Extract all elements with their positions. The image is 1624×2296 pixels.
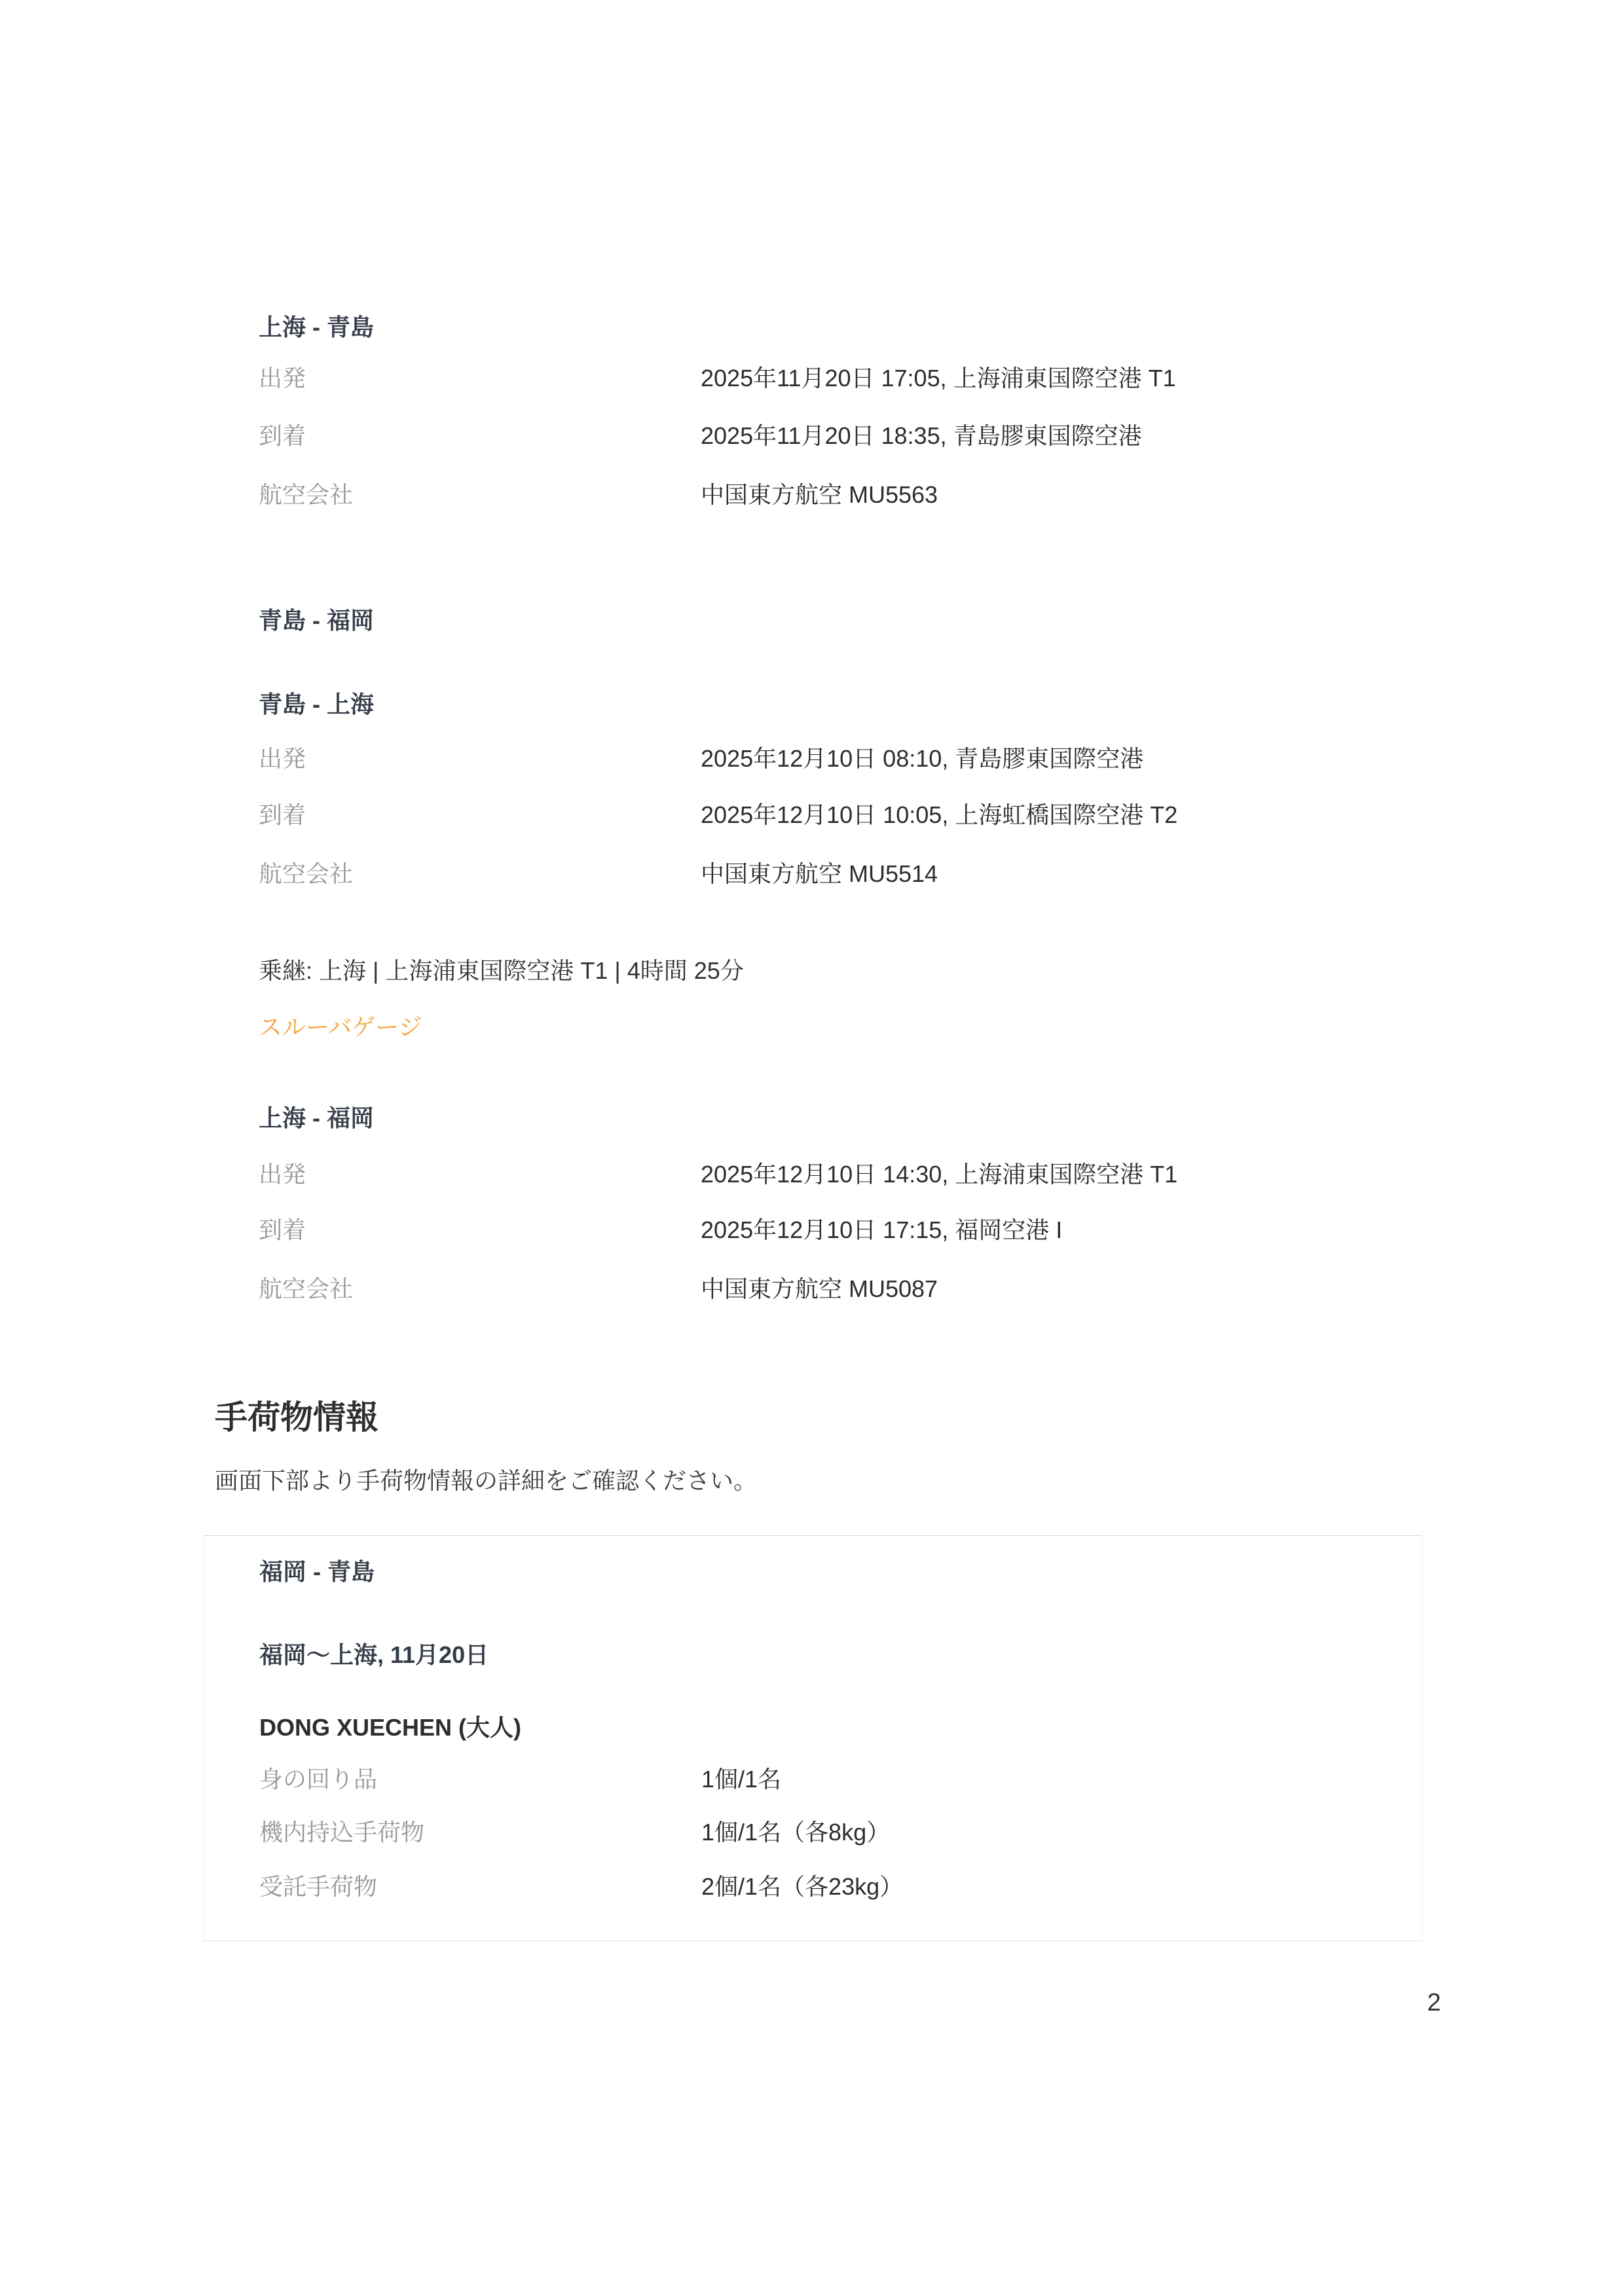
personal-item-value: 1個/1名 <box>701 1764 1281 1795</box>
checked-baggage-row: 受託手荷物 2個/1名（各23kg） <box>259 1872 1281 1902</box>
route-heading-shanghai-fukuoka: 上海 - 福岡 <box>259 1103 374 1133</box>
departure-label: 出発 <box>259 744 701 774</box>
baggage-card-fukuoka-qingdao: 福岡 - 青島 福岡〜上海, 11月20日 DONG XUECHEN (大人) … <box>203 1535 1422 1941</box>
airline-label: 航空会社 <box>259 480 701 510</box>
personal-item-label: 身の回り品 <box>259 1764 701 1795</box>
baggage-segment-heading: 福岡〜上海, 11月20日 <box>259 1640 489 1670</box>
arrival-label: 到着 <box>259 800 701 830</box>
departure-row: 出発 2025年12月10日 08:10, 青島膠東国際空港 <box>259 744 1280 774</box>
arrival-value: 2025年12月10日 17:15, 福岡空港 I <box>701 1215 1280 1245</box>
arrival-row: 到着 2025年12月10日 17:15, 福岡空港 I <box>259 1215 1280 1245</box>
departure-value: 2025年12月10日 14:30, 上海浦東国際空港 T1 <box>701 1159 1280 1190</box>
airline-row: 航空会社 中国東方航空 MU5514 <box>259 859 1280 889</box>
carry-on-baggage-row: 機内持込手荷物 1個/1名（各8kg） <box>259 1817 1281 1848</box>
departure-label: 出発 <box>259 363 701 393</box>
airline-label: 航空会社 <box>259 1274 701 1304</box>
departure-value: 2025年11月20日 17:05, 上海浦東国際空港 T1 <box>701 363 1280 393</box>
personal-item-row: 身の回り品 1個/1名 <box>259 1764 1281 1795</box>
airline-label: 航空会社 <box>259 859 701 889</box>
carry-on-baggage-label: 機内持込手荷物 <box>259 1817 701 1848</box>
arrival-label: 到着 <box>259 421 701 451</box>
checked-baggage-value: 2個/1名（各23kg） <box>701 1872 1281 1902</box>
page-number: 2 <box>1408 1988 1460 2018</box>
arrival-row: 到着 2025年11月20日 18:35, 青島膠東国際空港 <box>259 421 1280 451</box>
departure-row: 出発 2025年11月20日 17:05, 上海浦東国際空港 T1 <box>259 363 1280 393</box>
baggage-card-route-heading: 福岡 - 青島 <box>259 1557 375 1587</box>
baggage-passenger-name: DONG XUECHEN (大人) <box>259 1713 521 1743</box>
arrival-label: 到着 <box>259 1215 701 1245</box>
through-baggage-link: スルーバゲージ <box>259 1012 422 1042</box>
airline-value: 中国東方航空 MU5563 <box>701 480 1280 510</box>
airline-row: 航空会社 中国東方航空 MU5087 <box>259 1274 1280 1304</box>
arrival-row: 到着 2025年12月10日 10:05, 上海虹橋国際空港 T2 <box>259 800 1280 830</box>
transfer-info: 乗継: 上海 | 上海浦東国際空港 T1 | 4時間 25分 <box>259 956 744 986</box>
airline-value: 中国東方航空 MU5087 <box>701 1274 1280 1304</box>
route-heading-qingdao-fukuoka: 青島 - 福岡 <box>259 606 374 636</box>
airline-row: 航空会社 中国東方航空 MU5563 <box>259 480 1280 510</box>
itinerary-document-page: 上海 - 青島 出発 2025年11月20日 17:05, 上海浦東国際空港 T… <box>0 0 1624 2296</box>
departure-row: 出発 2025年12月10日 14:30, 上海浦東国際空港 T1 <box>259 1159 1280 1190</box>
carry-on-baggage-value: 1個/1名（各8kg） <box>701 1817 1281 1848</box>
route-heading-shanghai-qingdao: 上海 - 青島 <box>259 312 374 342</box>
route-heading-qingdao-shanghai: 青島 - 上海 <box>259 689 374 720</box>
baggage-section-title: 手荷物情報 <box>215 1396 378 1438</box>
departure-value: 2025年12月10日 08:10, 青島膠東国際空港 <box>701 744 1280 774</box>
arrival-value: 2025年12月10日 10:05, 上海虹橋国際空港 T2 <box>701 800 1280 830</box>
departure-label: 出発 <box>259 1159 701 1190</box>
baggage-section-note: 画面下部より手荷物情報の詳細をご確認ください。 <box>215 1466 757 1496</box>
airline-value: 中国東方航空 MU5514 <box>701 859 1280 889</box>
checked-baggage-label: 受託手荷物 <box>259 1872 701 1902</box>
arrival-value: 2025年11月20日 18:35, 青島膠東国際空港 <box>701 421 1280 451</box>
